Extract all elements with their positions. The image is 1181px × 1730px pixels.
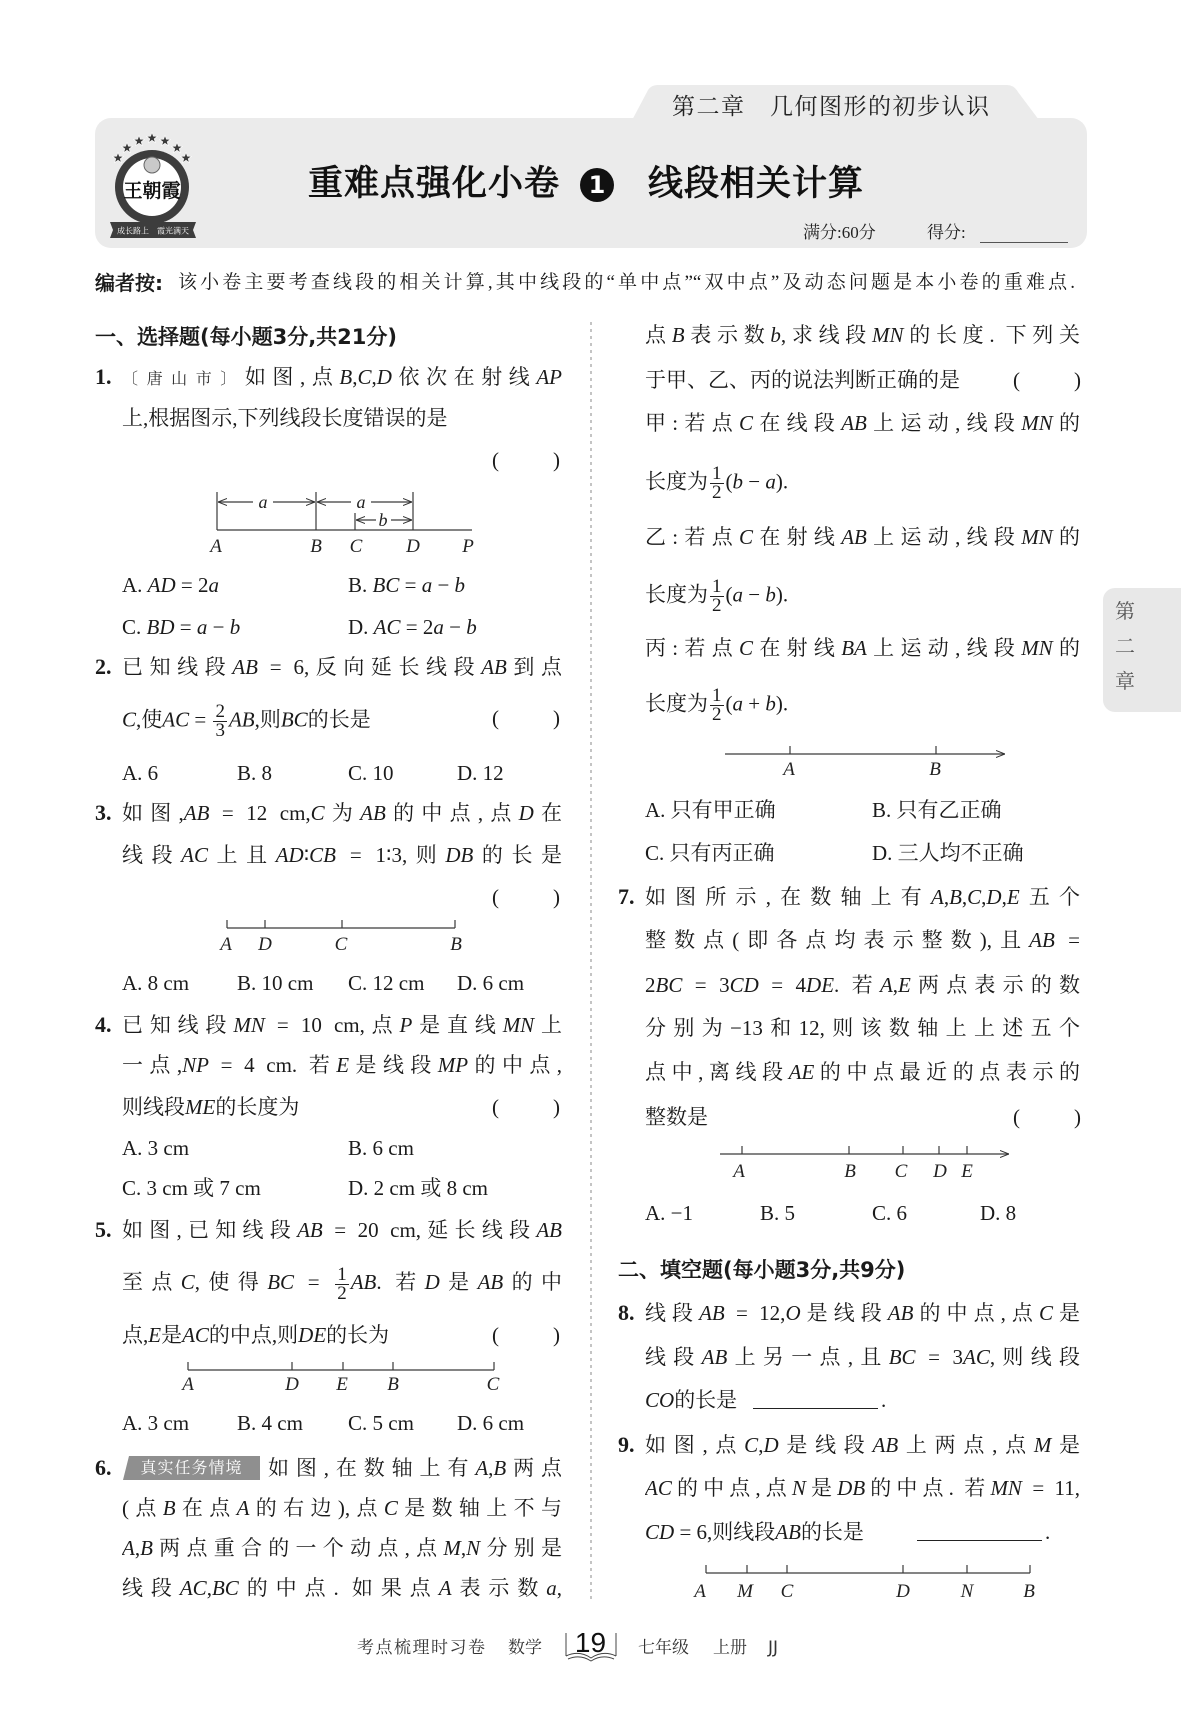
full-score: 满分:60分 bbox=[803, 221, 876, 245]
math-variable: B bbox=[163, 1496, 176, 1520]
math-variable: AB bbox=[481, 655, 507, 679]
option-a: A. −1 bbox=[645, 1198, 693, 1228]
option-b: B. 8 bbox=[237, 758, 272, 788]
point-label: D bbox=[284, 1374, 299, 1395]
logo-brand: 王朝霞 bbox=[123, 179, 180, 202]
point-label: B bbox=[450, 934, 462, 955]
point-label: D bbox=[932, 1161, 947, 1182]
section-title-fill-in: 二、填空题(每小题3分,共9分) bbox=[618, 1255, 905, 1285]
question-line: 如图,已知线段AB = 20 cm,延长线段AB bbox=[122, 1215, 562, 1245]
math-variable: AB bbox=[536, 1218, 562, 1242]
question-line: 至点C,使得BC = 12AB. 若D是AB的中 bbox=[122, 1262, 562, 1302]
math-variable: b bbox=[765, 582, 776, 606]
question-text: 如图,点B,C,D依次在射线AP bbox=[245, 365, 562, 389]
math-variable: DE bbox=[298, 1323, 326, 1347]
figure-q1: a a b A B C D P bbox=[208, 492, 474, 557]
source-tag: 〔唐山市〕 bbox=[122, 371, 245, 388]
question-number: 6. bbox=[95, 1453, 112, 1483]
math-variable: MN bbox=[1021, 636, 1053, 660]
title-number-badge: 1 bbox=[580, 168, 614, 202]
math-variable: A bbox=[439, 1576, 452, 1600]
math-variable: MN bbox=[1021, 525, 1053, 549]
question-number: 9. bbox=[618, 1430, 635, 1460]
math-variable: CD bbox=[645, 1520, 674, 1544]
option-a: A. 只有甲正确 bbox=[645, 795, 776, 825]
point-label: P bbox=[461, 536, 474, 557]
score-label: 得分: bbox=[927, 221, 966, 245]
math-variable: AB bbox=[841, 525, 867, 549]
math-variable: BA bbox=[841, 636, 867, 660]
math-variable: b bbox=[455, 573, 466, 597]
editor-note-label: 编者按: bbox=[95, 269, 163, 297]
option-c: C. 5 cm bbox=[348, 1408, 414, 1438]
question-line: 2BC = 3CD = 4DE. 若A,E两点表示的数 bbox=[645, 970, 1080, 1000]
math-variable: C bbox=[967, 885, 981, 909]
math-variable: CO bbox=[645, 1388, 674, 1412]
math-variable: B bbox=[339, 365, 352, 389]
point-label: E bbox=[960, 1161, 973, 1182]
figure-q5: A D E B C bbox=[180, 1362, 499, 1395]
math-variable: N bbox=[466, 1536, 480, 1560]
math-variable: BD bbox=[147, 615, 175, 639]
question-line: 整数点(即各点均表示整数),且AB = bbox=[645, 925, 1080, 955]
math-variable: B bbox=[672, 323, 685, 347]
math-variable: b bbox=[230, 615, 241, 639]
answer-paren[interactable]: ( ) bbox=[492, 882, 560, 912]
option-d: D. 12 bbox=[457, 758, 504, 788]
question-number: 1. bbox=[95, 362, 112, 392]
math-variable: ME bbox=[185, 1095, 215, 1119]
footer-grade: 七年级 bbox=[638, 1636, 689, 1660]
option-b: B. BC = a − b bbox=[348, 570, 465, 600]
math-variable: MP bbox=[438, 1053, 468, 1077]
math-variable: P bbox=[400, 1013, 413, 1037]
answer-paren[interactable]: ( ) bbox=[492, 703, 560, 733]
math-variable: AB bbox=[351, 1270, 377, 1294]
math-variable: AD bbox=[148, 573, 176, 597]
option-a: A. AD = 2a bbox=[122, 570, 219, 600]
answer-paren[interactable]: ( ) bbox=[492, 1320, 560, 1350]
math-variable: AB bbox=[775, 1520, 801, 1544]
math-variable: AD bbox=[276, 843, 304, 867]
dim-label: a bbox=[259, 492, 268, 512]
option-a: A. 6 bbox=[122, 758, 158, 788]
math-variable: D bbox=[519, 801, 534, 825]
statement-jia: 甲:若点C在线段AB上运动,线段MN的 bbox=[645, 408, 1080, 438]
fraction: 23 bbox=[213, 703, 227, 740]
math-variable: C bbox=[739, 411, 753, 435]
side-tab-char: 章 bbox=[1103, 664, 1147, 699]
math-variable: A bbox=[931, 885, 944, 909]
math-variable: BC bbox=[212, 1576, 239, 1600]
question-line: AC的中点,点N是DB的中点. 若MN = 11, bbox=[645, 1473, 1080, 1503]
math-variable: AB bbox=[702, 1345, 728, 1369]
chapter-side-tab: 第 二 章 bbox=[1103, 588, 1181, 712]
statement-yi-result: 长度为12(a − b). bbox=[645, 578, 1080, 608]
math-variable: b bbox=[770, 323, 781, 347]
math-variable: CD bbox=[730, 973, 759, 997]
point-label: N bbox=[960, 1581, 975, 1602]
math-variable: b bbox=[466, 615, 477, 639]
math-variable: A bbox=[475, 1456, 488, 1480]
chapter-tab-label: 第二章 几何图形的初步认识 bbox=[672, 93, 991, 121]
denominator: 2 bbox=[335, 1285, 349, 1302]
math-variable: a bbox=[433, 615, 444, 639]
math-variable: C bbox=[181, 1270, 195, 1294]
math-variable: a bbox=[733, 582, 744, 606]
math-variable: AC bbox=[182, 1323, 209, 1347]
math-variable: a bbox=[209, 573, 220, 597]
question-line: 线段AC,BC的中点. 如果点A表示数a, bbox=[122, 1573, 562, 1603]
section-title-multiple-choice: 一、选择题(每小题3分,共21分) bbox=[95, 322, 397, 352]
option-b: B. 只有乙正确 bbox=[872, 795, 1002, 825]
side-tab-char: 二 bbox=[1103, 629, 1147, 664]
point-label: D bbox=[405, 536, 420, 557]
denominator: 2 bbox=[710, 484, 724, 502]
question-line: 如图,AB = 12 cm,C为AB的中点,点D在 bbox=[122, 798, 562, 828]
math-variable: AP bbox=[536, 365, 562, 389]
question-line: 线段AB上另一点,且BC = 3AC,则线段 bbox=[645, 1342, 1080, 1372]
math-variable: E bbox=[148, 1323, 161, 1347]
end-punctuation: . bbox=[1045, 1517, 1050, 1547]
math-variable: A bbox=[122, 1536, 135, 1560]
math-variable: B bbox=[140, 1536, 153, 1560]
math-variable: AC bbox=[162, 707, 189, 731]
option-b: B. 6 cm bbox=[348, 1133, 414, 1163]
math-variable: MN bbox=[233, 1013, 265, 1037]
math-variable: AB bbox=[229, 707, 255, 731]
math-variable: AB bbox=[873, 1433, 899, 1457]
figure-q3: A D C B bbox=[218, 920, 462, 955]
question-line: 分别为−13和12,则该数轴上上述五个 bbox=[645, 1013, 1080, 1043]
math-variable: NP bbox=[182, 1053, 209, 1077]
real-task-badge: 真实任务情境 bbox=[123, 1456, 260, 1480]
editor-note-text: 该小卷主要考查线段的相关计算,其中线段的“单中点”“双中点”及动态问题是本小卷的… bbox=[178, 269, 1075, 297]
math-variable: AC bbox=[180, 1576, 207, 1600]
point-label: A bbox=[208, 536, 222, 557]
question-number: 4. bbox=[95, 1010, 112, 1040]
math-variable: E bbox=[336, 1053, 349, 1077]
end-punctuation: . bbox=[881, 1385, 886, 1415]
question-line: 点B表示数b,求线段MN的长度. 下列关 bbox=[645, 320, 1080, 350]
side-tab-char: 第 bbox=[1103, 594, 1147, 629]
math-variable: E bbox=[1007, 885, 1020, 909]
point-label: B bbox=[1023, 1581, 1035, 1602]
math-variable: B bbox=[949, 885, 962, 909]
option-d: D. 6 cm bbox=[457, 1408, 524, 1438]
math-variable: C bbox=[122, 707, 136, 731]
question-line: 如图,在数轴上有A,B两点 bbox=[268, 1453, 562, 1483]
question-number: 8. bbox=[618, 1298, 635, 1328]
question-line: 已知线段MN = 10 cm,点P是直线MN上 bbox=[122, 1010, 562, 1040]
footer-edition: JJ bbox=[768, 1636, 778, 1660]
point-label: B bbox=[387, 1374, 399, 1395]
math-variable: N bbox=[792, 1476, 806, 1500]
fraction: 12 bbox=[710, 465, 724, 502]
option-c: C. 10 bbox=[348, 758, 394, 788]
option-a: A. 8 cm bbox=[122, 968, 189, 998]
footer-subject: 数学 bbox=[508, 1636, 542, 1660]
answer-blank[interactable] bbox=[917, 1517, 1042, 1541]
math-variable: BC bbox=[656, 973, 683, 997]
option-d: D. 6 cm bbox=[457, 968, 524, 998]
math-variable: DB bbox=[837, 1476, 865, 1500]
math-variable: C bbox=[311, 801, 325, 825]
question-number: 3. bbox=[95, 798, 112, 828]
math-variable: C bbox=[739, 636, 753, 660]
point-label: A bbox=[781, 759, 795, 780]
statement-bing-result: 长度为12(a + b). bbox=[645, 687, 1080, 717]
point-label: A bbox=[692, 1581, 706, 1602]
score-input[interactable] bbox=[980, 221, 1068, 243]
math-variable: AB bbox=[1029, 928, 1055, 952]
question-line: 线段AC上且AD∶CB = 1∶3,则DB的长是 bbox=[122, 840, 562, 870]
point-label: D bbox=[895, 1581, 910, 1602]
math-variable: a bbox=[546, 1576, 557, 1600]
math-variable: O bbox=[785, 1301, 800, 1325]
fraction: 12 bbox=[710, 578, 724, 615]
option-b: B. 10 cm bbox=[237, 968, 313, 998]
logo-banner-text: 成长路上 霞光满天 bbox=[117, 226, 189, 236]
math-variable: M bbox=[443, 1536, 461, 1560]
question-number: 2. bbox=[95, 652, 112, 682]
denominator: 2 bbox=[710, 706, 724, 724]
question-line: A,B两点重合的一个动点,点M,N分别是 bbox=[122, 1533, 562, 1563]
math-variable: AB bbox=[478, 1270, 504, 1294]
option-d: D. 三人均不正确 bbox=[872, 838, 1024, 868]
math-variable: AB bbox=[841, 411, 867, 435]
point-label: D bbox=[257, 934, 272, 955]
question-line: 如图,点C,D是线段AB上两点,点M是 bbox=[645, 1430, 1080, 1460]
question-line: 已知线段AB = 6,反向延长线段AB到点 bbox=[122, 652, 562, 682]
point-label: A bbox=[731, 1161, 745, 1182]
question-number: 5. bbox=[95, 1215, 112, 1245]
question-line: (点B在点A的右边),点C是数轴上不与 bbox=[122, 1493, 562, 1523]
point-label: C bbox=[487, 1374, 500, 1395]
math-variable: MN bbox=[1021, 411, 1053, 435]
math-variable: D bbox=[425, 1270, 440, 1294]
point-label: C bbox=[335, 934, 348, 955]
point-label: A bbox=[180, 1374, 194, 1395]
math-variable: C bbox=[744, 1433, 758, 1457]
point-label: M bbox=[736, 1581, 754, 1602]
option-d: D. AC = 2a − b bbox=[348, 612, 477, 642]
point-label: A bbox=[218, 934, 232, 955]
point-label: C bbox=[895, 1161, 908, 1182]
option-c: C. BD = a − b bbox=[122, 612, 240, 642]
math-variable: A bbox=[237, 1496, 250, 1520]
math-variable: AB bbox=[232, 655, 258, 679]
math-variable: a bbox=[765, 469, 776, 493]
math-variable: a bbox=[197, 615, 208, 639]
footer-series: 考点梳理时习卷 bbox=[357, 1636, 487, 1660]
option-c: C. 6 bbox=[872, 1198, 907, 1228]
math-variable: BC bbox=[281, 707, 308, 731]
math-variable: AE bbox=[789, 1060, 815, 1084]
question-line: 上,根据图示,下列线段长度错误的是 bbox=[122, 403, 562, 433]
fraction: 12 bbox=[335, 1266, 349, 1302]
math-variable: AC bbox=[645, 1476, 672, 1500]
math-variable: C bbox=[384, 1496, 398, 1520]
answer-blank[interactable] bbox=[753, 1385, 878, 1409]
point-label: E bbox=[335, 1374, 348, 1395]
math-variable: AB bbox=[360, 801, 386, 825]
point-label: C bbox=[781, 1581, 794, 1602]
math-variable: AB bbox=[888, 1301, 914, 1325]
math-variable: E bbox=[898, 973, 911, 997]
option-d: D. 8 bbox=[980, 1198, 1016, 1228]
dim-label: b bbox=[379, 510, 388, 530]
math-variable: CB bbox=[309, 843, 336, 867]
fraction: 12 bbox=[710, 687, 724, 724]
math-variable: a bbox=[733, 691, 744, 715]
answer-paren[interactable]: ( ) bbox=[492, 445, 560, 475]
math-variable: AC bbox=[963, 1345, 990, 1369]
math-variable: MN bbox=[872, 323, 904, 347]
question-line: 一点,NP = 4 cm. 若E是线段MP的中点, bbox=[122, 1050, 562, 1080]
dim-label: a bbox=[357, 492, 366, 512]
figure-q9: A M C D N B bbox=[692, 1565, 1035, 1602]
option-a: A. 3 cm bbox=[122, 1408, 189, 1438]
option-b: B. 5 bbox=[760, 1198, 795, 1228]
math-variable: D bbox=[377, 365, 392, 389]
math-variable: MN bbox=[503, 1013, 535, 1037]
math-variable: BC bbox=[267, 1270, 294, 1294]
math-variable: AC bbox=[374, 615, 401, 639]
point-label: B bbox=[844, 1161, 856, 1182]
question-line: 如图所示,在数轴上有A,B,C,D,E五个 bbox=[645, 882, 1080, 912]
answer-paren[interactable]: ( ) bbox=[1013, 1102, 1081, 1132]
math-variable: B bbox=[493, 1456, 506, 1480]
title-prefix: 重难点强化小卷 bbox=[308, 164, 560, 204]
answer-paren[interactable]: ( ) bbox=[492, 1092, 560, 1122]
point-label: B bbox=[929, 759, 941, 780]
denominator: 3 bbox=[213, 722, 227, 740]
option-d: D. 2 cm 或 8 cm bbox=[348, 1173, 488, 1203]
statement-yi: 乙:若点C在射线AB上运动,线段MN的 bbox=[645, 522, 1080, 552]
question-line: 〔唐山市〕如图,点B,C,D依次在射线AP bbox=[122, 362, 562, 392]
math-variable: b bbox=[765, 691, 776, 715]
math-variable: DB bbox=[445, 843, 473, 867]
figure-q7-number-line: A B C D E bbox=[720, 1146, 1009, 1182]
question-line: 点中,离线段AE的中点最近的点表示的 bbox=[645, 1057, 1080, 1087]
math-variable: a bbox=[422, 573, 433, 597]
math-variable: D bbox=[986, 885, 1001, 909]
portrait-icon bbox=[144, 157, 160, 173]
math-variable: MN bbox=[990, 1476, 1022, 1500]
math-variable: AB bbox=[297, 1218, 323, 1242]
footer-volume: 上册 bbox=[713, 1636, 747, 1660]
answer-paren[interactable]: ( ) bbox=[1013, 365, 1081, 395]
math-variable: C bbox=[357, 365, 371, 389]
math-variable: AB bbox=[184, 801, 210, 825]
math-variable: b bbox=[733, 469, 744, 493]
math-variable: DE bbox=[806, 973, 834, 997]
page-number: 19 bbox=[565, 1628, 616, 1658]
math-variable: BC bbox=[889, 1345, 916, 1369]
math-variable: A bbox=[880, 973, 893, 997]
denominator: 2 bbox=[710, 597, 724, 615]
figure-q6-number-line: A B bbox=[725, 746, 1005, 780]
option-c: C. 12 cm bbox=[348, 968, 424, 998]
math-variable: M bbox=[1034, 1433, 1052, 1457]
math-variable: C bbox=[1039, 1301, 1053, 1325]
point-label: B bbox=[310, 536, 322, 557]
question-line: 线段AB = 12,O是线段AB的中点,点C是 bbox=[645, 1298, 1080, 1328]
page-title: 线段相关计算 bbox=[648, 164, 864, 204]
option-a: A. 3 cm bbox=[122, 1133, 189, 1163]
math-variable: AB bbox=[699, 1301, 725, 1325]
math-variable: AC bbox=[181, 843, 208, 867]
statement-bing: 丙:若点C在射线BA上运动,线段MN的 bbox=[645, 633, 1080, 663]
option-c: C. 3 cm 或 7 cm bbox=[122, 1173, 261, 1203]
math-variable: BC bbox=[373, 573, 400, 597]
point-label: C bbox=[350, 536, 363, 557]
statement-jia-result: 长度为12(b − a). bbox=[645, 465, 1080, 495]
option-b: B. 4 cm bbox=[237, 1408, 303, 1438]
option-c: C. 只有丙正确 bbox=[645, 838, 775, 868]
math-variable: D bbox=[763, 1433, 778, 1457]
numerator: 1 bbox=[335, 1266, 349, 1285]
math-variable: C bbox=[739, 525, 753, 549]
question-number: 7. bbox=[618, 882, 635, 912]
